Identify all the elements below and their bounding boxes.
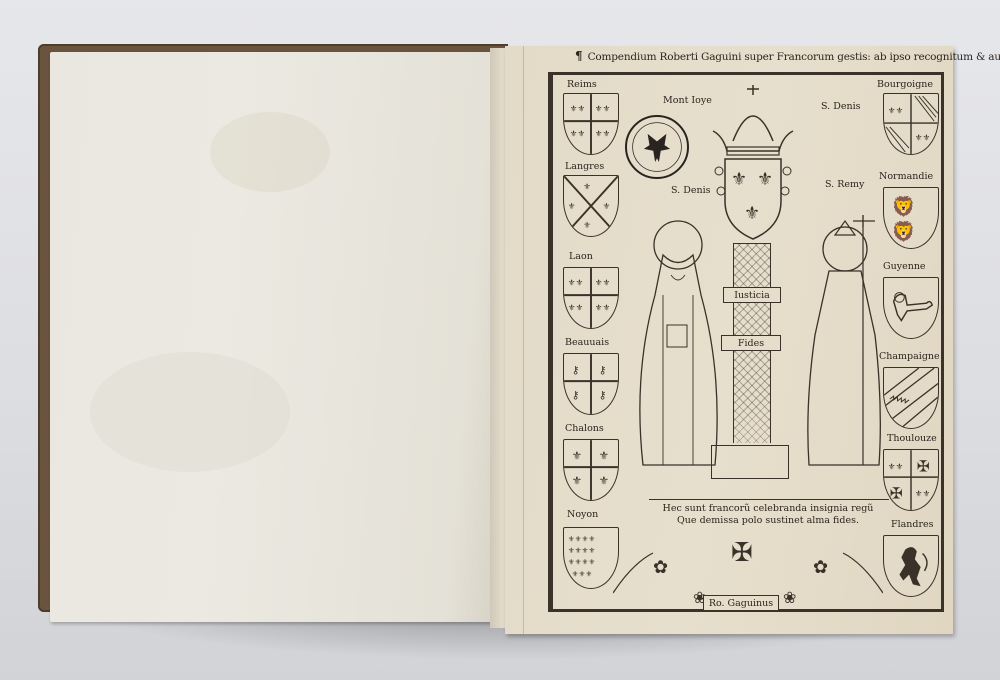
shield-flandres-icon <box>883 535 939 597</box>
shield-laon-icon: ⚜⚜⚜⚜⚜⚜⚜⚜ <box>563 267 619 329</box>
svg-text:⚜⚜⚜⚜: ⚜⚜⚜⚜ <box>568 535 596 544</box>
shield-beauvais-icon: ⚷⚷⚷⚷ <box>563 353 619 415</box>
svg-text:🦁: 🦁 <box>892 220 916 243</box>
svg-text:❀: ❀ <box>783 588 796 607</box>
shield-thoulouze-icon: ⚜⚜✠✠⚜⚜ <box>883 449 939 511</box>
svg-text:⚜: ⚜ <box>757 169 773 190</box>
saint-denis-figure-icon <box>623 215 733 475</box>
svg-text:⚜⚜: ⚜⚜ <box>915 133 931 143</box>
svg-text:⚜: ⚜ <box>599 448 609 462</box>
fold-line <box>523 46 524 634</box>
svg-text:⚜⚜⚜: ⚜⚜⚜ <box>572 569 593 578</box>
label-s-remy: S. Remy <box>825 179 864 190</box>
svg-text:✠: ✠ <box>731 538 753 568</box>
svg-text:⚜⚜: ⚜⚜ <box>888 462 904 472</box>
header-text: Compendium Roberti Gaguini super Francor… <box>588 51 1000 63</box>
svg-text:✿: ✿ <box>813 557 828 578</box>
motto-line-2: Que demissa polo sustinet alma fides. <box>653 515 883 527</box>
paper-stain <box>90 352 290 472</box>
label-s-denis-right: S. Denis <box>821 101 860 112</box>
svg-text:⚜: ⚜ <box>568 202 576 212</box>
svg-text:⚜⚜⚜⚜: ⚜⚜⚜⚜ <box>568 546 596 555</box>
svg-text:⚜: ⚜ <box>583 183 591 193</box>
svg-text:⚷: ⚷ <box>572 389 580 401</box>
svg-text:⚜: ⚜ <box>572 473 582 487</box>
svg-text:⚷: ⚷ <box>572 364 580 376</box>
left-blank-page <box>50 52 494 622</box>
shield-label: Normandie <box>879 171 933 182</box>
svg-text:⚜: ⚜ <box>599 473 609 487</box>
shield-label: Flandres <box>891 519 934 530</box>
svg-text:⚷: ⚷ <box>599 389 607 401</box>
shield-bourgogne-icon: ⚜⚜⚜⚜ <box>883 93 939 155</box>
svg-text:⚜⚜: ⚜⚜ <box>595 104 611 114</box>
shield-label: Noyon <box>567 509 598 520</box>
svg-text:⚜: ⚜ <box>744 203 760 224</box>
svg-text:⚜⚜: ⚜⚜ <box>888 106 904 116</box>
svg-text:⚜: ⚜ <box>731 169 747 190</box>
paper-stain <box>210 112 330 192</box>
svg-text:⚜: ⚜ <box>603 202 611 212</box>
shield-noyon-icon: ⚜⚜⚜⚜⚜⚜⚜⚜⚜⚜⚜⚜⚜⚜⚜ <box>563 527 619 589</box>
stamp-ring-icon <box>627 117 687 177</box>
svg-text:⚜: ⚜ <box>572 448 582 462</box>
library-stamp <box>625 115 689 179</box>
svg-text:⚜⚜: ⚜⚜ <box>570 104 586 114</box>
shield-label: Laon <box>569 251 593 262</box>
shield-label: Guyenne <box>883 261 926 272</box>
svg-text:🦁: 🦁 <box>892 195 916 218</box>
title-page: ¶ Compendium Roberti Gaguini super Franc… <box>505 46 953 634</box>
shield-reims-icon: ⚜⚜⚜⚜⚜⚜⚜⚜ <box>563 93 619 155</box>
svg-text:✠: ✠ <box>890 484 903 502</box>
svg-text:⚜⚜: ⚜⚜ <box>568 278 584 288</box>
shield-langres-icon: ⚜⚜⚜⚜ <box>563 175 619 237</box>
svg-text:⚜⚜: ⚜⚜ <box>570 130 586 140</box>
shield-label: Champaigne <box>879 351 940 362</box>
svg-text:⚜⚜⚜⚜: ⚜⚜⚜⚜ <box>568 558 596 567</box>
saint-remy-figure-icon <box>793 215 893 475</box>
shield-label: Reims <box>567 79 597 90</box>
title-header: ¶ Compendium Roberti Gaguini super Franc… <box>575 49 955 63</box>
svg-text:⚜⚜: ⚜⚜ <box>595 278 611 288</box>
pilcrow-mark: ¶ <box>575 49 582 63</box>
woodcut-frame: Reims ⚜⚜⚜⚜⚜⚜⚜⚜ Langres ⚜⚜⚜⚜ Laon ⚜⚜⚜⚜⚜⚜⚜… <box>548 72 944 612</box>
svg-text:✿: ✿ <box>653 557 668 578</box>
svg-text:⚜: ⚜ <box>583 221 591 231</box>
svg-text:⚜⚜: ⚜⚜ <box>595 304 611 314</box>
shield-label: Thoulouze <box>887 433 937 444</box>
shield-label: Langres <box>565 161 604 172</box>
svg-text:⚜⚜: ⚜⚜ <box>915 489 931 499</box>
shield-label: Bourgoigne <box>877 79 933 90</box>
shield-chalons-icon: ⚜⚜⚜⚜ <box>563 439 619 501</box>
svg-text:⚜⚜: ⚜⚜ <box>595 130 611 140</box>
shield-label: Chalons <box>565 423 604 434</box>
svg-text:✠: ✠ <box>917 457 930 475</box>
svg-text:⚷: ⚷ <box>599 364 607 376</box>
motto-line-1: Hec sunt francorũ celebranda insignia re… <box>653 503 883 515</box>
motto: Hec sunt francorũ celebranda insignia re… <box>653 503 883 527</box>
shield-label: Beauuais <box>565 337 609 348</box>
scroll-ro-gaguinus: Ro. Gaguinus <box>703 595 779 611</box>
svg-text:⚜⚜: ⚜⚜ <box>568 304 584 314</box>
